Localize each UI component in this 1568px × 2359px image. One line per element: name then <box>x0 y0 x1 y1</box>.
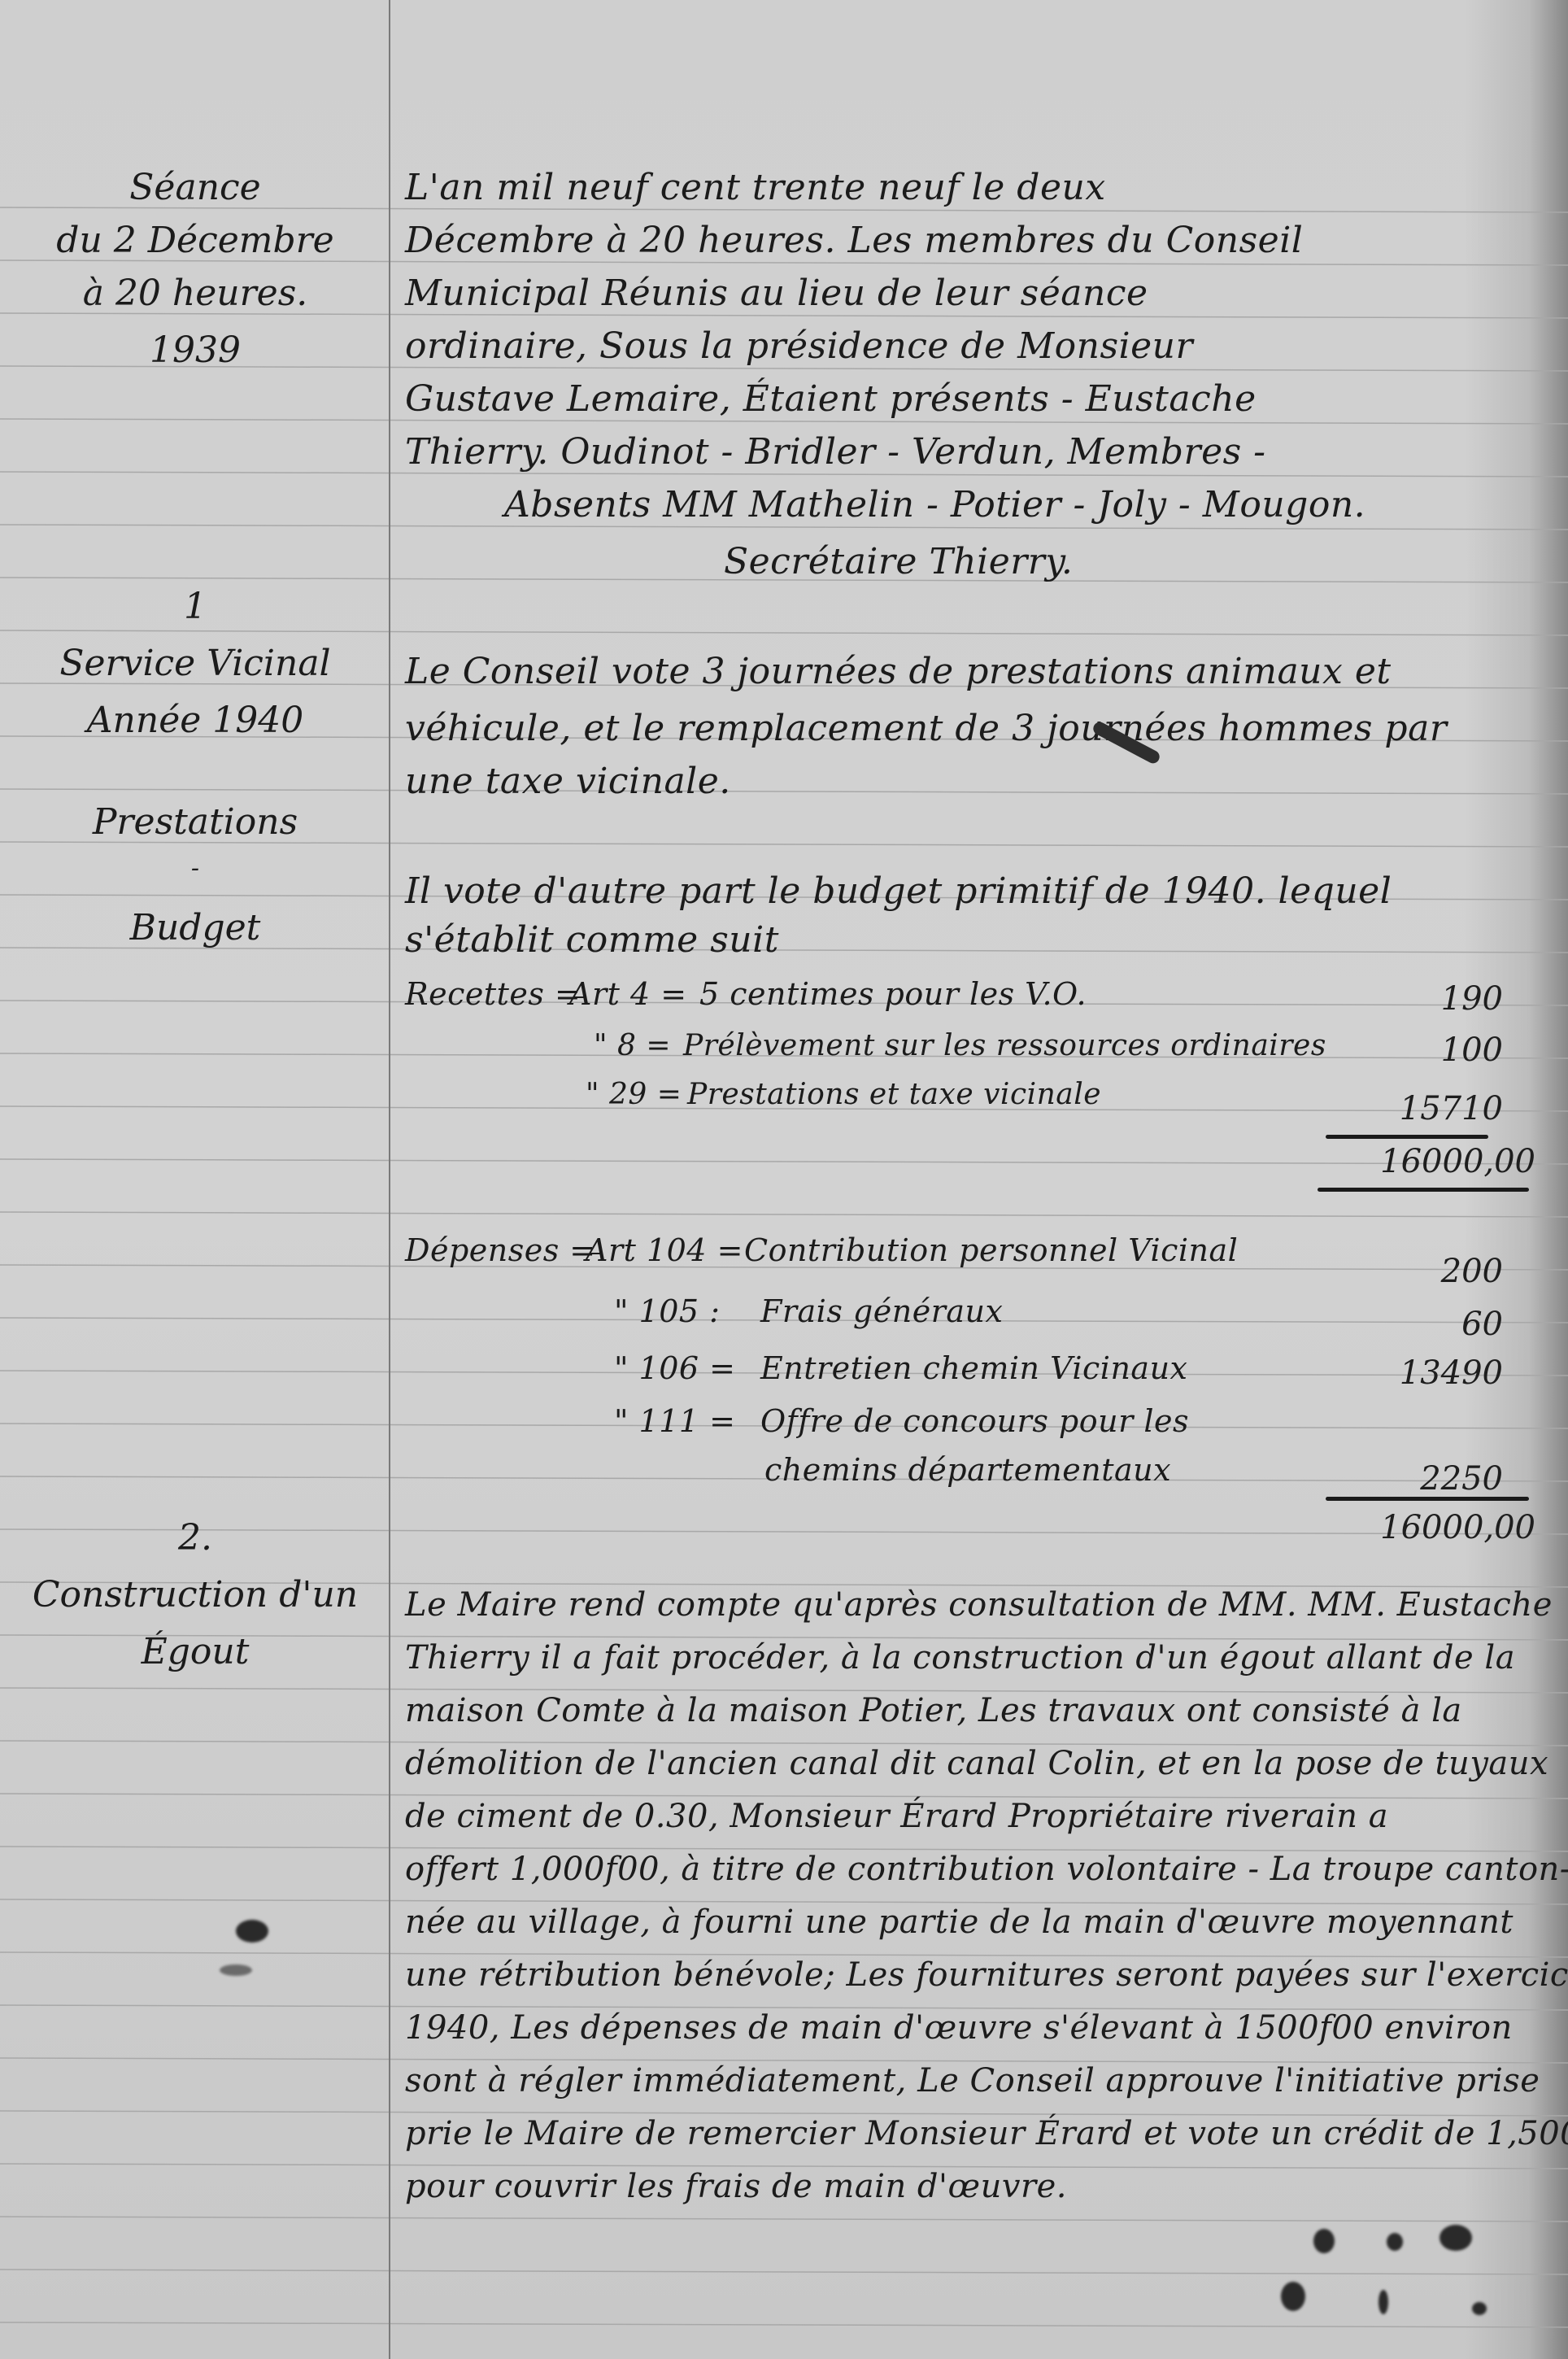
item2-paragraph-line: maison Comte à la maison Potier, Les tra… <box>405 1692 1462 1729</box>
ink-blot <box>1440 2225 1472 2251</box>
preamble-line: ordinaire, Sous la présidence de Monsieu… <box>405 325 1193 367</box>
item2-paragraph-line: 1940, Les dépenses de main d'œuvre s'éle… <box>405 2009 1513 2047</box>
recette-label: Prestations et taxe vicinale <box>687 1078 1101 1111</box>
margin-item2-number: 2. <box>16 1517 374 1559</box>
item2-paragraph-line: pour couvrir les frais de main d'œuvre. <box>405 2168 1067 2205</box>
item2-paragraph-line: prie le Maire de remercier Monsieur Érar… <box>405 2115 1568 2152</box>
ink-blot <box>1387 2233 1403 2251</box>
item2-paragraph-line: démolition de l'ancien canal dit canal C… <box>405 1745 1548 1782</box>
recette-article: Art 4 = <box>569 976 687 1012</box>
depenses-label: Dépenses = <box>405 1232 596 1268</box>
preamble-line: Gustave Lemaire, Étaient présents - Eust… <box>405 378 1257 420</box>
item2-paragraph-line: née au village, à fourni une partie de l… <box>405 1903 1514 1941</box>
depense-label-continued: chemins départementaux <box>764 1452 1171 1488</box>
total-rule <box>1326 1497 1529 1501</box>
depense-article: " 111 = <box>614 1403 736 1439</box>
total-rule <box>1318 1188 1529 1192</box>
budget-intro-line: s'établit comme suit <box>405 919 779 961</box>
recette-article: " 29 = <box>586 1078 682 1111</box>
depense-label: Offre de concours pour les <box>760 1403 1189 1439</box>
item2-paragraph-line: sont à régler immédiatement, Le Conseil … <box>405 2062 1540 2100</box>
item1-paragraph-line: une taxe vicinale. <box>405 761 731 802</box>
item2-paragraph-line: offert 1,000f00, à titre de contribution… <box>405 1851 1568 1888</box>
item2-paragraph-line: Le Maire rend compte qu'après consultati… <box>405 1586 1553 1624</box>
depense-amount: 200 <box>1291 1253 1503 1290</box>
margin-session-title: Séance <box>16 167 374 208</box>
depense-label: Frais généraux <box>760 1293 1003 1329</box>
ledger-page: Séance du 2 Décembre à 20 heures. 1939 1… <box>0 0 1568 2359</box>
margin-session-time: à 20 heures. <box>16 273 374 314</box>
preamble-line: Municipal Réunis au lieu de leur séance <box>405 273 1148 314</box>
preamble-line: Décembre à 20 heures. Les membres du Con… <box>405 220 1303 261</box>
recette-amount: 100 <box>1291 1031 1503 1069</box>
item1-paragraph-line: véhicule, et le remplacement de 3 journé… <box>405 708 1447 749</box>
margin-item2-subtitle: Égout <box>16 1631 374 1672</box>
preamble-line: Thierry. Oudinot - Bridler - Verdun, Mem… <box>405 431 1266 473</box>
margin-item2-title: Construction d'un <box>16 1574 374 1616</box>
margin-item1-topic-prestations: Prestations <box>16 801 374 843</box>
subtotal-rule <box>1326 1135 1488 1139</box>
depense-amount: 13490 <box>1291 1354 1503 1392</box>
margin-rule <box>389 0 390 2359</box>
recette-amount: 190 <box>1291 980 1503 1018</box>
depense-label: Entretien chemin Vicinaux <box>760 1350 1187 1386</box>
budget-intro-line: Il vote d'autre part le budget primitif … <box>405 870 1392 912</box>
depenses-total: 16000,00 <box>1324 1509 1535 1546</box>
margin-item1-separator: - <box>16 854 374 883</box>
recette-article: " 8 = <box>594 1029 671 1062</box>
ink-blot <box>236 1920 268 1943</box>
margin-item1-subtitle: Année 1940 <box>16 700 374 741</box>
item2-paragraph-line: une rétribution bénévole; Les fourniture… <box>405 1956 1568 1994</box>
recettes-total: 16000,00 <box>1324 1143 1535 1180</box>
margin-item1-title: Service Vicinal <box>16 643 374 684</box>
ink-blot <box>220 1964 252 1976</box>
recette-label: Prélèvement sur les ressources ordinaire… <box>683 1029 1326 1062</box>
ink-blot <box>1472 2302 1487 2315</box>
recette-amount: 15710 <box>1291 1090 1503 1127</box>
margin-session-year: 1939 <box>16 329 374 371</box>
margin-session-date: du 2 Décembre <box>16 220 374 261</box>
depense-amount: 60 <box>1291 1306 1503 1343</box>
depense-amount: 2250 <box>1291 1460 1503 1498</box>
depense-article: " 106 = <box>614 1350 736 1386</box>
item2-paragraph-line: Thierry il a fait procéder, à la constru… <box>405 1639 1515 1677</box>
recettes-label: Recettes = <box>405 976 581 1012</box>
item1-paragraph-line: Le Conseil vote 3 journées de prestation… <box>405 651 1392 692</box>
preamble-absents: Absents MM Mathelin - Potier - Joly - Mo… <box>504 484 1365 525</box>
item2-paragraph-line: de ciment de 0.30, Monsieur Érard Propri… <box>405 1798 1388 1835</box>
margin-item1-topic-budget: Budget <box>16 907 374 948</box>
depense-label: Contribution personnel Vicinal <box>744 1232 1238 1268</box>
preamble-secretary: Secrétaire Thierry. <box>724 541 1073 582</box>
ink-blot <box>1379 2290 1388 2314</box>
depense-article: Art 104 = <box>586 1232 743 1268</box>
depense-article: " 105 : <box>614 1293 720 1329</box>
recette-label: 5 centimes pour les V.O. <box>699 976 1087 1012</box>
ink-blot <box>1281 2282 1305 2311</box>
ink-blot <box>1313 2229 1335 2253</box>
margin-item1-number: 1 <box>16 586 374 627</box>
preamble-line: L'an mil neuf cent trente neuf le deux <box>405 167 1106 208</box>
